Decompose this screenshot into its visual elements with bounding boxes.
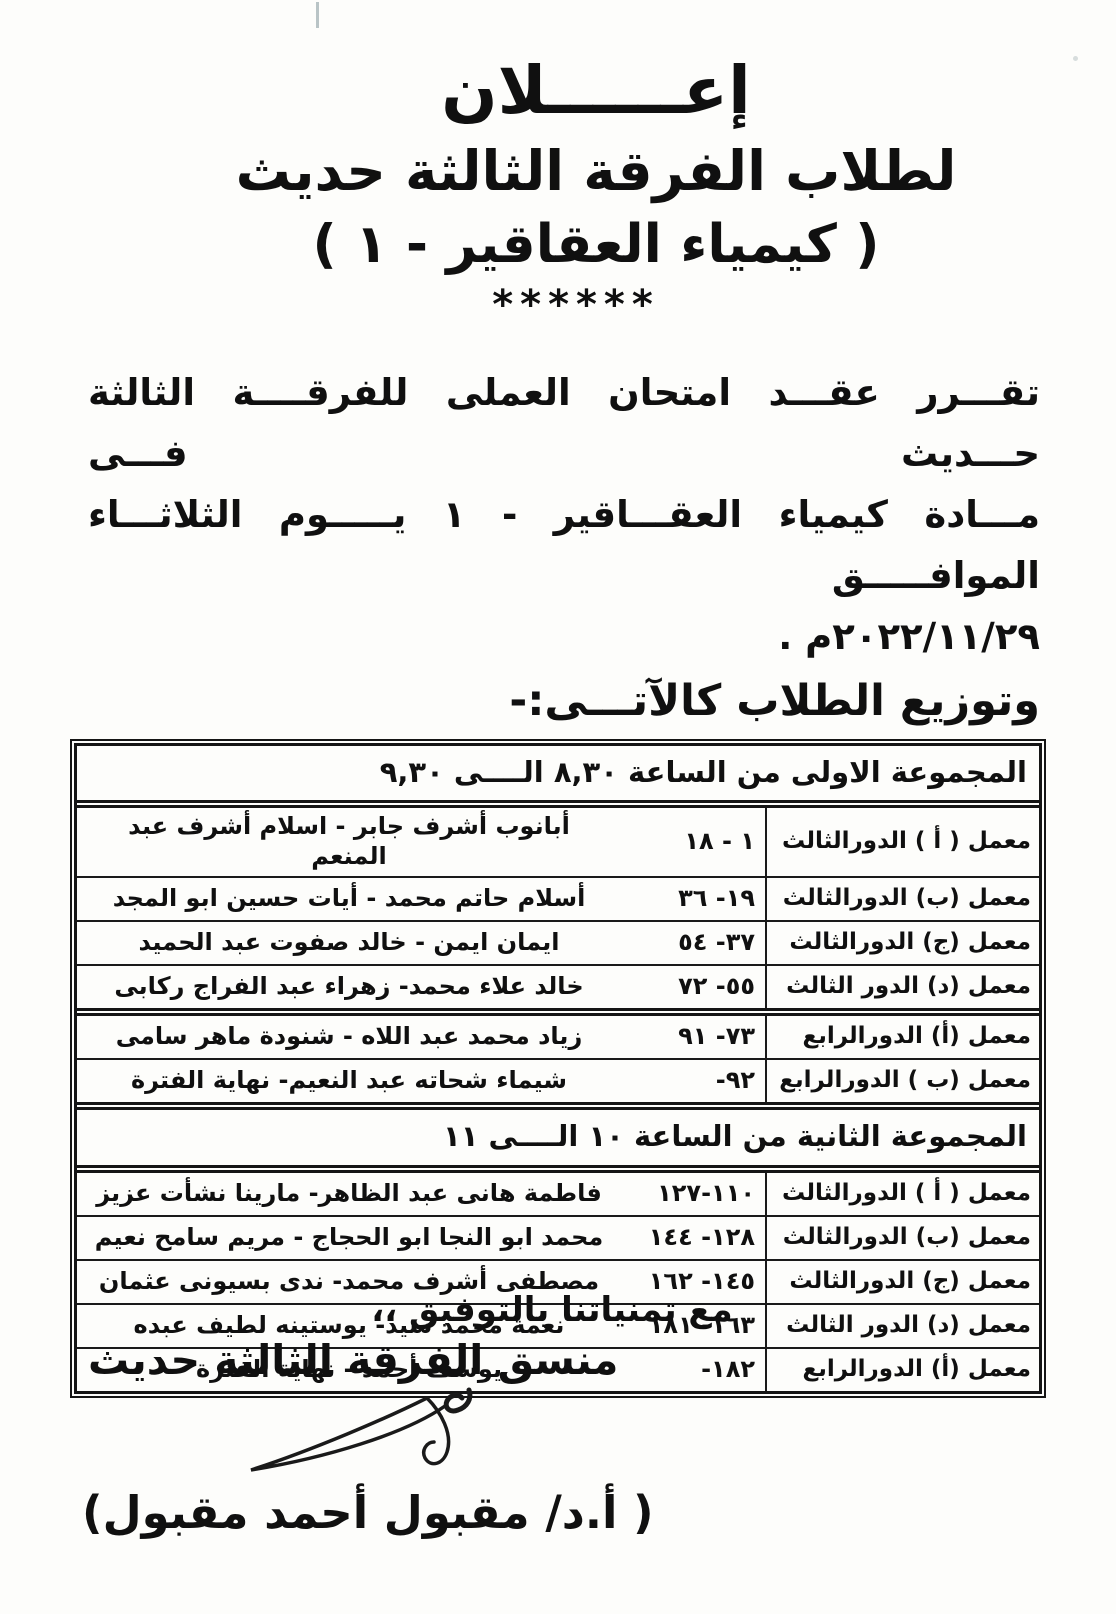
lab-cell: معمل ( أ ) الدورالثالث [765, 1173, 1039, 1215]
student-names: ايمان ايمن - خالد صفوت عبد الحميد [87, 927, 611, 957]
group-1-header: المجموعة الاولى من الساعة ٨,٣٠ الــــى ٩… [77, 746, 1039, 809]
table-row: معمل ( أ ) الدورالثالث ١١٠-١٢٧ فاطمة هان… [77, 1173, 1039, 1215]
student-names: خالد علاء محمد- زهراء عبد الفراج ركابى [87, 971, 611, 1001]
row-content: ٥٥- ٧٢ خالد علاء محمد- زهراء عبد الفراج … [77, 966, 765, 1008]
paragraph-line-1: تقـــرر عقـــد امتحان العملى للفرقــــة … [88, 362, 1040, 484]
row-content: ١ - ١٨ أبانوب أشرف جابر - اسلام أشرف عبد… [77, 808, 765, 876]
student-names: أبانوب أشرف جابر - اسلام أشرف عبد المنعم [87, 811, 611, 871]
student-range: ٧٣- ٩١ [617, 1022, 755, 1050]
lab-cell: معمل (أ) الدورالرابع [765, 1349, 1039, 1391]
signature [235, 1384, 483, 1480]
student-range: ٩٢- [617, 1066, 755, 1094]
table-row: معمل (د) الدور الثالث ٥٥- ٧٢ خالد علاء م… [77, 964, 1039, 1008]
student-range: ١ - ١٨ [617, 827, 755, 855]
student-range: ١٢٨- ١٤٤ [617, 1223, 755, 1251]
coordinator-title: منسق الفرقة الثالثة حديث [88, 1336, 618, 1384]
lab-cell: معمل (ب) الدورالثالث [765, 1217, 1039, 1259]
signer-name: ( أ.د/ مقبول أحمد مقبول) [82, 1486, 654, 1539]
table-row: معمل ( أ ) الدورالثالث ١ - ١٨ أبانوب أشر… [77, 808, 1039, 876]
blessing-line: مع تمنياتنا بالتوفيق ،، [0, 1290, 1110, 1330]
student-range: ١١٠-١٢٧ [617, 1179, 755, 1207]
scan-speck [316, 2, 319, 28]
paragraph-line-2: مـــادة كيمياء العقـــاقير - ١ يـــــوم … [88, 484, 1040, 606]
table-row: معمل (ب) الدورالثالث ١٢٨- ١٤٤ محمد ابو ا… [77, 1215, 1039, 1259]
group-2-header: المجموعة الثانية من الساعة ١٠ الــــى ١١ [77, 1102, 1039, 1173]
student-range: ١٩- ٣٦ [617, 884, 755, 912]
lab-cell: معمل (د) الدور الثالث [765, 966, 1039, 1008]
student-names: محمد ابو النجا ابو الحجاج - مريم سامح نع… [87, 1222, 611, 1252]
audience-line: لطلاب الفرقة الثالثة حديث [38, 141, 1116, 202]
table-row: معمل (ب ) الدورالرابع ٩٢- شيماء شحاته عب… [77, 1058, 1039, 1102]
row-content: ٩٢- شيماء شحاته عبد النعيم- نهاية الفترة [77, 1060, 765, 1102]
student-range: ٣٧- ٥٤ [617, 928, 755, 956]
distribution-heading: وتوزيع الطلاب كالآتـــى:- [0, 677, 1040, 726]
course-line: ( كيمياء العقاقير - ١ ) [38, 216, 1116, 274]
exam-date-line: ٢٠٢٢/١١/٢٩م . [88, 606, 1040, 667]
student-names: أسلام حاتم محمد - أيات حسين ابو المجد [87, 883, 611, 913]
row-content: ١٩- ٣٦ أسلام حاتم محمد - أيات حسين ابو ا… [77, 878, 765, 920]
row-content: ١١٠-١٢٧ فاطمة هانى عبد الظاهر- مارينا نش… [77, 1173, 765, 1215]
scanned-announcement-page: إعــــــلان لطلاب الفرقة الثالثة حديث ( … [0, 0, 1116, 1614]
stars-separator: ****** [18, 282, 1116, 328]
table-row: معمل (ب) الدورالثالث ١٩- ٣٦ أسلام حاتم م… [77, 876, 1039, 920]
lab-cell: معمل ( أ ) الدورالثالث [765, 808, 1039, 876]
student-range: ١٨٢- [617, 1355, 755, 1383]
row-content: ٧٣- ٩١ زياد محمد عبد اللاه - شنودة ماهر … [77, 1016, 765, 1058]
row-content: ٣٧- ٥٤ ايمان ايمن - خالد صفوت عبد الحميد [77, 922, 765, 964]
lab-cell: معمل (ب ) الدورالرابع [765, 1060, 1039, 1102]
student-names: فاطمة هانى عبد الظاهر- مارينا نشأت عزيز [87, 1178, 611, 1208]
table-row: معمل (ج) الدورالثالث ٣٧- ٥٤ ايمان ايمن -… [77, 920, 1039, 964]
lab-cell: معمل (ب) الدورالثالث [765, 878, 1039, 920]
table-row: معمل (أ) الدورالرابع ٧٣- ٩١ زياد محمد عب… [77, 1008, 1039, 1058]
student-names: زياد محمد عبد اللاه - شنودة ماهر سامى [87, 1021, 611, 1051]
lab-cell: معمل (ج) الدورالثالث [765, 922, 1039, 964]
announcement-header: إعــــــلان لطلاب الفرقة الثالثة حديث ( … [38, 56, 1116, 328]
student-names: شيماء شحاته عبد النعيم- نهاية الفترة [87, 1065, 611, 1095]
exam-announcement-paragraph: تقـــرر عقـــد امتحان العملى للفرقــــة … [88, 362, 1040, 667]
lab-cell: معمل (أ) الدورالرابع [765, 1016, 1039, 1058]
announcement-title: إعــــــلان [38, 56, 1116, 125]
student-range: ٥٥- ٧٢ [617, 972, 755, 1000]
row-content: ١٢٨- ١٤٤ محمد ابو النجا ابو الحجاج - مري… [77, 1217, 765, 1259]
